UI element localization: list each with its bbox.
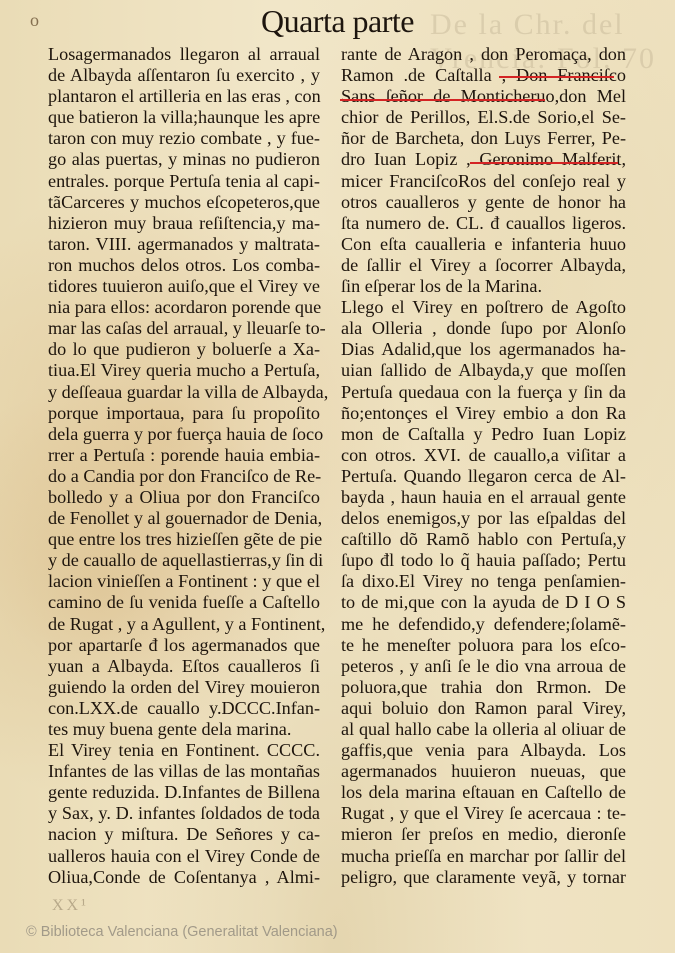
text-line: otros caualleros y gente de honor ha: [341, 192, 626, 213]
text-line: Losagermanados llegaron al arraual: [48, 44, 320, 65]
text-line: gaffis,que venia para Albayda. Los: [341, 740, 626, 761]
text-line: micer FranciſcoRos del conſejo real y: [341, 171, 626, 192]
text-line: chior de Perillos, El.S.de Sorio,el Se-: [341, 107, 626, 128]
text-line: taron con muy rezio combate , y fue-: [48, 128, 320, 149]
text-line: aqui boluio don Ramon paral Virey,: [341, 698, 626, 719]
text-line: tes muy buena gente dela marina.: [48, 719, 320, 740]
text-line: y deſſeaua guardar la villa de Albayda,: [48, 382, 320, 403]
highlight-underline-sans-senor: [340, 99, 545, 101]
text-line: ſa dixo.El Virey no tenga penſamien-: [341, 571, 626, 592]
text-line: entrales. porque Pertuſa tenia al capi-: [48, 171, 320, 192]
text-line: hizieron muy braua reſiſtencia,y ma-: [48, 213, 320, 234]
text-line: por apartarſe đ los agermanados que: [48, 635, 320, 656]
text-line: te he meneſter poluora para los eſco-: [341, 635, 626, 656]
text-line: rrer a Pertuſa : porende hauia embia-: [48, 445, 320, 466]
text-line: delos enemigos,y por las eſpaldas del: [341, 508, 626, 529]
text-line: y de cauallo de aquellastierras,y ſin di: [48, 550, 320, 571]
text-line: El Virey tenia en Fontinent. CCCC.: [48, 740, 320, 761]
text-line: bayda , haun hauia en el arraual gente: [341, 487, 626, 508]
text-line: Pertuſa. Quando llegaron cerca de Al-: [341, 466, 626, 487]
highlight-underline-geronimo-malferit: [470, 162, 618, 164]
text-line: que entre los tres hizieſſen gẽte de pie: [48, 529, 320, 550]
text-line: ſupo đl todo lo q̃ hauia paſſado; Pertu: [341, 550, 626, 571]
shelfmark: XX¹: [52, 897, 89, 915]
text-line: de ſallir el Virey a ſocorrer Albayda,: [341, 255, 626, 276]
text-line: nia para ellos: acordaron porende que: [48, 297, 320, 318]
text-line: do a Candia por don Franciſco de Re-: [48, 466, 320, 487]
text-line: Pertuſa quedaua con la fuerça y ſin da: [341, 382, 626, 403]
highlight-underline-don-francisco: [499, 76, 614, 78]
text-line: poluora,que trahia don Rrmon. De: [341, 677, 626, 698]
text-line: Con eſta caualleria e infanteria huuo: [341, 234, 626, 255]
text-line: agermanados huuieron nueuas, que: [341, 761, 626, 782]
text-line: al qual hallo cabe la olleria al oliuar …: [341, 719, 626, 740]
text-line: ron muchos delos otros. Los comba-: [48, 255, 320, 276]
text-line: mieron ſer preſos en medio, dieronſe: [341, 824, 626, 845]
text-line: los dela marina eſtauan en Caſtello de: [341, 782, 626, 803]
text-line: ño;entonçes el Virey embio a don Ra: [341, 403, 626, 424]
text-line: me he defendido,y defendere;ſolamẽ-: [341, 614, 626, 635]
text-line-highlighted: Sans ſeñor de Monticheruo,don Mel: [341, 86, 626, 107]
text-line: de Fenollet y al gouernador de Denia,: [48, 508, 320, 529]
text-line: Dias Adalid,que los agermanados ha-: [341, 339, 626, 360]
text-line: guiendo la orden del Virey mouieron: [48, 677, 320, 698]
right-text-column: rante de Aragon , don Peromaça, don Ramo…: [341, 44, 626, 888]
text-line: peligro, que claramente veyã, y tornar: [341, 867, 626, 888]
text-line: Infantes de las villas de las montañas: [48, 761, 320, 782]
text-line: con otros. XVI. de cauallo,a viſitar a: [341, 445, 626, 466]
text-line: plantaron el artilleria en las eras , co…: [48, 86, 320, 107]
text-line: y Sax, y. D. infantes ſoldados de toda: [48, 803, 320, 824]
text-line: go alas puertas, y minas no pudieron: [48, 149, 320, 170]
text-line: de Rugat , y a Agullent, y a Fontinent,: [48, 614, 320, 635]
left-text-column: Losagermanados llegaron al arraual de Al…: [48, 44, 320, 888]
text-line: camino de ſu venida fueſſe a Caſtello: [48, 592, 320, 613]
text-line: tãCarceres y muchos eſcopeteros,que: [48, 192, 320, 213]
text-line: Oliua,Conde de Coſentanya , Almi-: [48, 867, 320, 888]
text-line: mar las caſas del arraual, y lleuarſe to…: [48, 318, 320, 339]
copyright-watermark: © Biblioteca Valenciana (Generalitat Val…: [26, 924, 338, 940]
text-line: tidores tuuieron auiſo,que el Virey ve: [48, 276, 320, 297]
text-line: con.LXX.de cauallo y.DCCC.Infan-: [48, 698, 320, 719]
text-line-highlighted: dro Iuan Lopiz , Geronimo Malferit,: [341, 149, 626, 170]
text-line: caſtillo dõ Ramõ hablo con Pertuſa,y: [341, 529, 626, 550]
text-line: dela guerra y por fuerça hauia de ſoco: [48, 424, 320, 445]
text-line: peteros , y anſi ſe le dio vna arroua de: [341, 656, 626, 677]
text-line: ala Olleria , donde ſupo por Alonſo: [341, 318, 626, 339]
text-line: gente reduzida. D.Infantes de Billena: [48, 782, 320, 803]
text-line: de Albayda aſſentaron ſu exercito , y: [48, 65, 320, 86]
text-line: Rugat , y que el Virey ſe acercaua : te-: [341, 803, 626, 824]
text-line: ſin eſperar los de la Marina.: [341, 276, 626, 297]
text-line: tiua.El Virey queria mucho a Pertuſa,: [48, 360, 320, 381]
text-line: nacion y miſtura. De Señores y ca-: [48, 824, 320, 845]
text-line: uian ſallido de Albayda,y que moſſen: [341, 360, 626, 381]
text-line: ñor de Barcheta, don Luys Ferrer, Pe-: [341, 128, 626, 149]
document-page: De la Chr. del Vrencia: Fol. 70 o Quarta…: [0, 0, 675, 953]
text-line: porque importaua, para ſu propoſito: [48, 403, 320, 424]
text-line: do lo que pudieron y boluerſe a Xa-: [48, 339, 320, 360]
running-head: Quarta parte: [0, 3, 675, 40]
text-line: que batieron la villa;haunque les apre: [48, 107, 320, 128]
text-line: ſta numero de. CL. đ cauallos ligeros.: [341, 213, 626, 234]
text-line: to de mi,que con la ayuda de D I O S: [341, 592, 626, 613]
text-line: lacion vinieſſen a Fontinent : y que el: [48, 571, 320, 592]
text-line: rante de Aragon , don Peromaça, don: [341, 44, 626, 65]
text-line: mucha prieſſa en marchar por ſallir del: [341, 846, 626, 867]
text-line: ualleros hauia con el Virey Conde de: [48, 846, 320, 867]
text-line: mon de Caſtalla y Pedro Iuan Lopiz: [341, 424, 626, 445]
text-line: Llego el Virey en poſtrero de Agoſto: [341, 297, 626, 318]
text-line: yuan a Albayda. Eſtos caualleros ſi: [48, 656, 320, 677]
text-line: taron. VIII. agermanados y maltrata-: [48, 234, 320, 255]
text-line: bolledo y a Oliua por don Franciſco: [48, 487, 320, 508]
